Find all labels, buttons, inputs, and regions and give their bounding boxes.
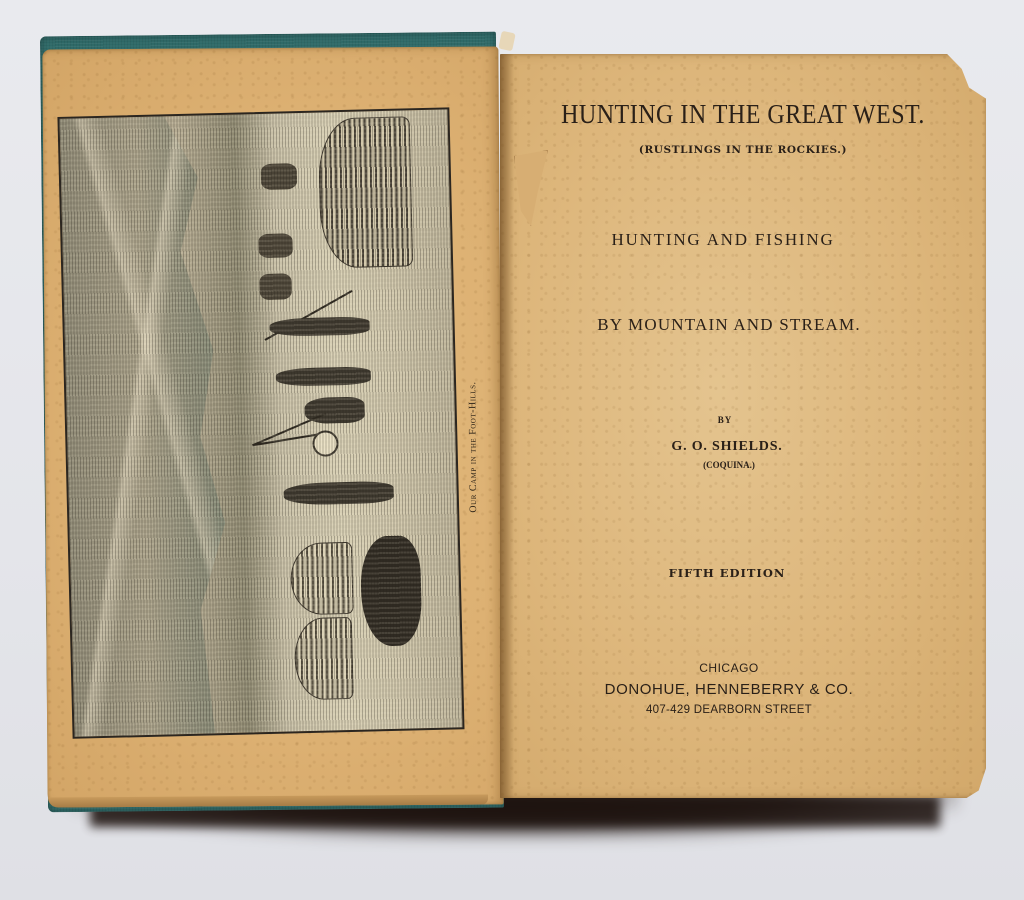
illustration-caption: Our Camp in the Foot-Hills. [464, 337, 482, 557]
title-line-1: HUNTING AND FISHING [480, 230, 966, 250]
title-line-2: BY MOUNTAIN AND STREAM. [486, 315, 972, 335]
publisher-address: 407-429 DEARBORN STREET [486, 704, 972, 716]
edition-label: FIFTH EDITION [484, 566, 970, 580]
right-page-title-page: HUNTING IN THE GREAT WEST. (RUSTLINGS IN… [500, 54, 986, 798]
publisher-name: DONOHUE, HENNEBERRY & CO. [486, 681, 972, 698]
publisher-city: CHICAGO [486, 661, 972, 675]
engraving-illustration: CHICAGO LITH [57, 107, 464, 738]
photo-scene: CHICAGO LITH Our Camp in the Foot-Hills.… [0, 0, 1024, 900]
book-title: HUNTING IN THE GREAT WEST. [500, 100, 986, 131]
engraving-hatching [59, 109, 462, 736]
torn-paper-scrap [498, 31, 515, 52]
book-subtitle: (RUSTLINGS IN THE ROCKIES.) [500, 144, 986, 156]
by-label: BY [482, 415, 968, 425]
author-name: G. O. SHIELDS. [484, 439, 970, 455]
author-pseudonym: (COQUINA.) [486, 460, 972, 470]
left-page-frontispiece: CHICAGO LITH Our Camp in the Foot-Hills. [42, 46, 503, 807]
